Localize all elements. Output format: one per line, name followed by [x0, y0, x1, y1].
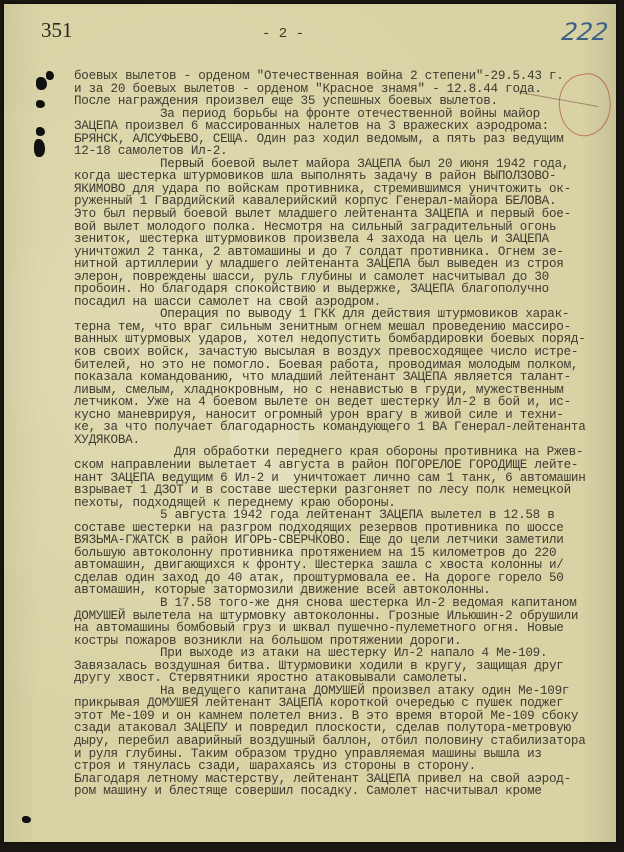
text-line: другу хвост. Стервятники яростно атаковы…	[74, 672, 594, 685]
text-line: Это был первый боевой вылет младшего лей…	[74, 208, 594, 221]
text-line: ЗАЦЕПА произвел 6 массированных налетов …	[74, 120, 594, 133]
binding-hole-icon	[22, 816, 31, 823]
text-line: ке, за что получает благодарность команд…	[74, 421, 594, 434]
binding-hole-icon	[34, 139, 45, 157]
text-line: дыру, перебил аварийный воздушный баллон…	[74, 735, 594, 748]
text-line: взрывает 1 ДЗОТ и в составе шестерки раз…	[74, 484, 594, 497]
text-line: летчиком. Уже на 4 боевом вылете он веде…	[74, 396, 594, 409]
page-number: - 2 -	[262, 26, 304, 42]
text-line: автомашин, двигающихся к фронту. Шестерк…	[74, 559, 594, 572]
text-line: на автомашины бомбовый груз и шквал пуше…	[74, 622, 594, 635]
archive-number: 351	[41, 18, 73, 43]
text-line: После награждения произвел еще 35 успешн…	[74, 95, 594, 108]
document-page: 351 - 2 - 222 боевых вылетов - орденом "…	[4, 4, 616, 842]
text-line: боевых вылетов - орденом "Отечественная …	[74, 70, 594, 83]
text-line: строя и тянулась сзади, шарахаясь из сто…	[74, 760, 594, 773]
binding-hole-icon	[36, 127, 45, 136]
text-line: пробоин. Но благодаря спокойствию и выде…	[74, 283, 594, 296]
binding-hole-icon	[36, 100, 45, 108]
folio-number: 222	[560, 18, 610, 46]
text-line: зениток, шестерка штурмовиков произвела …	[74, 233, 594, 246]
text-line: прикрывая ДОМУШЕЯ лейтенант ЗАЦЕПА корот…	[74, 697, 594, 710]
text-line: В 17.58 того-же дня снова шестерка Ил-2 …	[74, 597, 594, 610]
binding-hole-icon	[46, 71, 54, 80]
text-line: ков своих войск, зачастую высылая в возд…	[74, 346, 594, 359]
document-body: боевых вылетов - орденом "Отечественная …	[74, 70, 594, 798]
text-line: нитной артиллерии у младшего лейтенанта …	[74, 258, 594, 271]
text-line: ском направлении вылетает 4 августа в ра…	[74, 459, 594, 472]
text-line: показала командованию, что младший лейте…	[74, 371, 594, 384]
text-line: 5 августа 1942 года лейтенант ЗАЦЕПА выл…	[74, 509, 594, 522]
binding-hole-icon	[36, 77, 47, 90]
text-line: При выходе из атаки на шестерку Ил-2 нап…	[74, 647, 594, 660]
text-line: ВЯЗЬМА-ГЖАТСК в район ИГОРЬ-СВЕРЧКОВО. Е…	[74, 534, 594, 547]
text-line: 12-18 самолетов Ил-2.	[74, 145, 594, 158]
text-line: ром машину и блестяще совершил посадку. …	[74, 785, 594, 798]
